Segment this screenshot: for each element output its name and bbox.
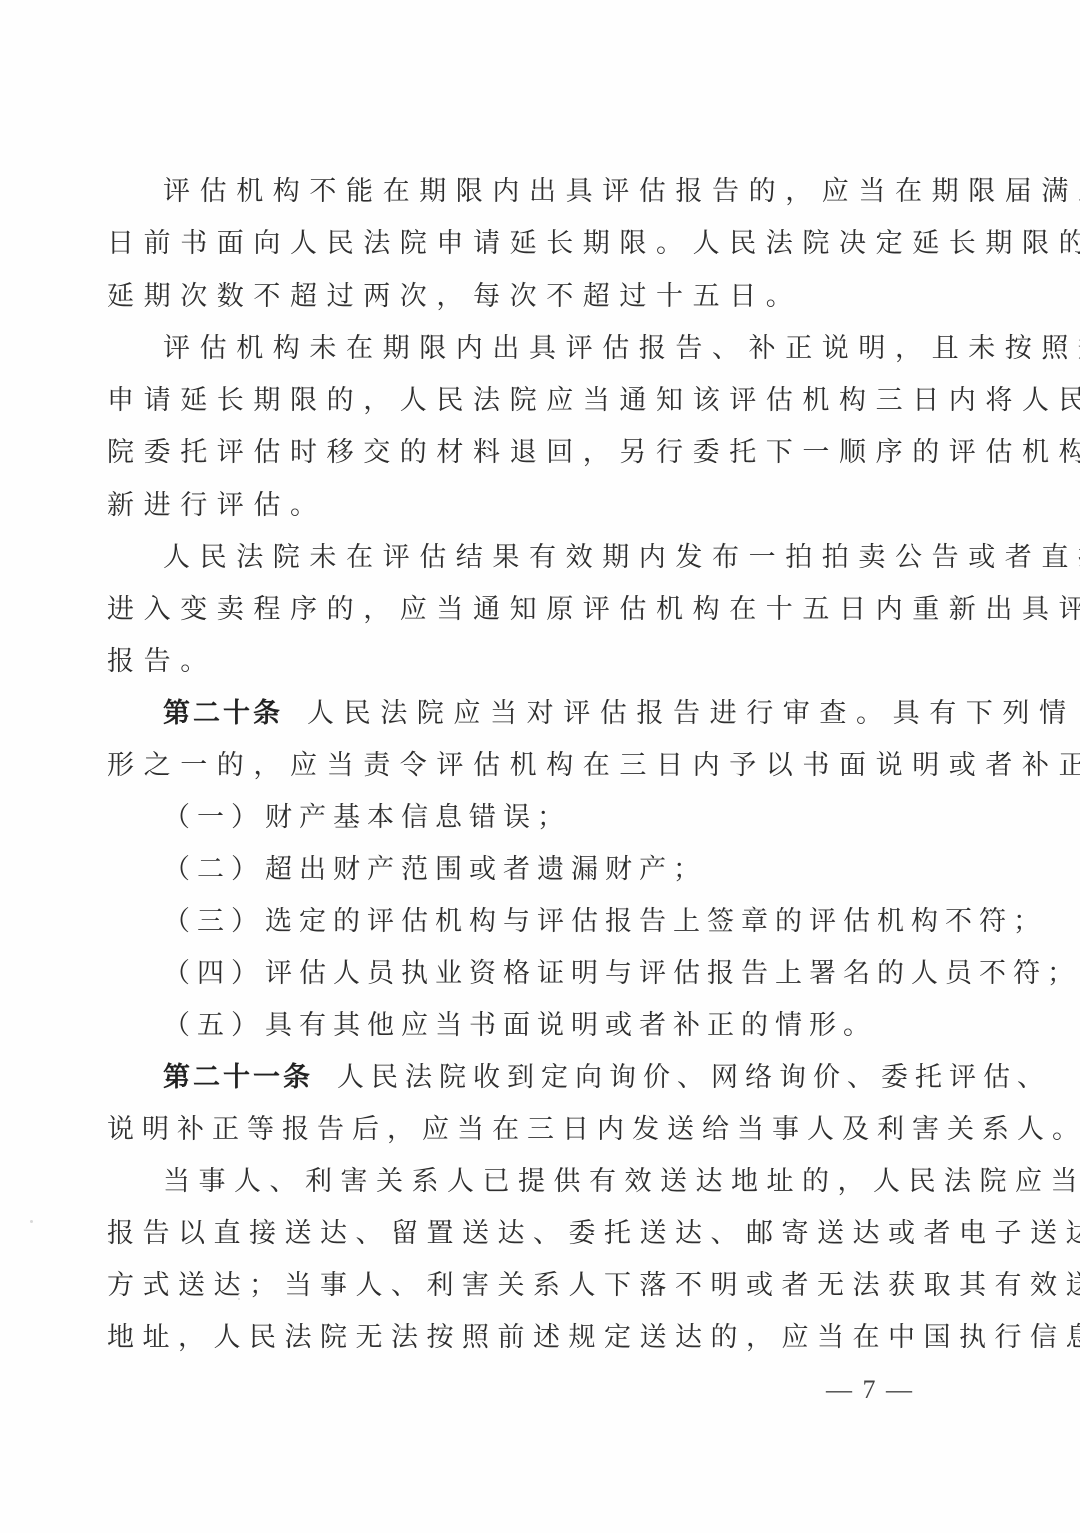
page-number: — 7 — (805, 1372, 935, 1408)
paragraph-2-line-4: 新进行评估。 (107, 486, 927, 526)
paragraph-3-line-1: 人民法院未在评估结果有效期内发布一拍拍卖公告或者直接 (163, 538, 927, 578)
paragraph-3-line-2: 进入变卖程序的，应当通知原评估机构在十五日内重新出具评估 (107, 590, 927, 630)
list-item-1: （一）财产基本信息错误； (163, 798, 927, 838)
paragraph-delivery-line-4: 地址，人民法院无法按照前述规定送达的，应当在中国执行信息公 (107, 1318, 927, 1358)
paragraph-2-line-3: 院委托评估时移交的材料退回，另行委托下一顺序的评估机构重 (107, 433, 927, 473)
paragraph-1-line-2: 日前书面向人民法院申请延长期限。人民法院决定延长期限的， (107, 224, 927, 264)
scan-speck (238, 1298, 240, 1300)
list-item-4: （四）评估人员执业资格证明与评估报告上署名的人员不符； (163, 954, 927, 994)
article-21-line-2: 说明补正等报告后，应当在三日内发送给当事人及利害关系人。 (107, 1110, 927, 1150)
list-item-2: （二）超出财产范围或者遗漏财产； (163, 850, 927, 890)
paragraph-delivery-line-1: 当事人、利害关系人已提供有效送达地址的，人民法院应当将 (163, 1162, 927, 1202)
scan-speck (30, 1220, 33, 1223)
paragraph-delivery-line-3: 方式送达；当事人、利害关系人下落不明或者无法获取其有效送达 (107, 1266, 927, 1306)
article-21-heading: 第二十一条 (163, 1062, 313, 1093)
article-20-line-1: 第二十条人民法院应当对评估报告进行审查。具有下列情 (163, 694, 927, 734)
paragraph-2-line-2: 申请延长期限的，人民法院应当通知该评估机构三日内将人民法 (107, 381, 927, 421)
article-21-line-1: 第二十一条人民法院收到定向询价、网络询价、委托评估、 (163, 1058, 927, 1098)
paragraph-1-line-3: 延期次数不超过两次，每次不超过十五日。 (107, 277, 927, 317)
article-20-heading: 第二十条 (163, 698, 283, 729)
paragraph-2-line-1: 评估机构未在期限内出具评估报告、补正说明，且未按照规定 (163, 329, 927, 369)
paragraph-3-line-3: 报告。 (107, 642, 927, 682)
article-20-text-1: 人民法院应当对评估报告进行审查。具有下列情 (307, 698, 1076, 729)
paragraph-1-line-1: 评估机构不能在期限内出具评估报告的，应当在期限届满五 (163, 172, 927, 212)
list-item-5: （五）具有其他应当书面说明或者补正的情形。 (163, 1006, 927, 1046)
list-item-3: （三）选定的评估机构与评估报告上签章的评估机构不符； (163, 902, 927, 942)
article-21-text-1: 人民法院收到定向询价、网络询价、委托评估、 (337, 1062, 1051, 1093)
article-20-line-2: 形之一的，应当责令评估机构在三日内予以书面说明或者补正： (107, 746, 927, 786)
document-page: 评估机构不能在期限内出具评估报告的，应当在期限届满五 日前书面向人民法院申请延长… (0, 0, 1080, 1533)
paragraph-delivery-line-2: 报告以直接送达、留置送达、委托送达、邮寄送达或者电子送达的 (107, 1214, 927, 1254)
